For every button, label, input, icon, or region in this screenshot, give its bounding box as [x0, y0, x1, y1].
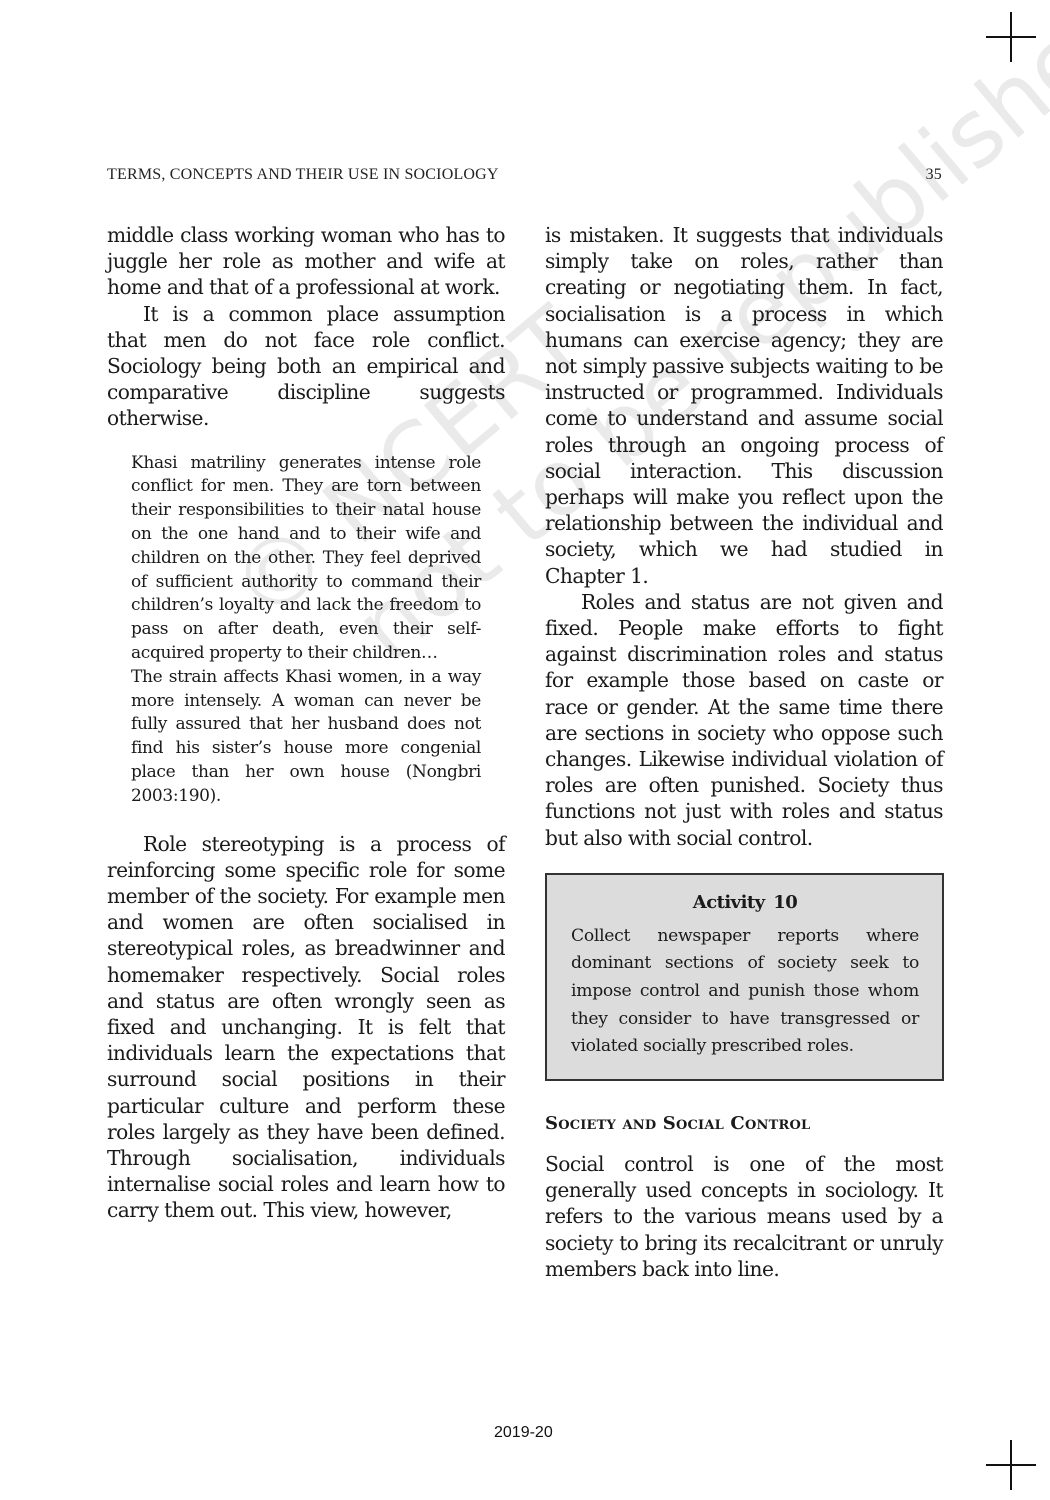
paragraph-role-stereotyping: Role stereotyping is a process of reinfo…	[107, 831, 505, 1224]
activity-body: Collect newspaper reports where dominant…	[571, 923, 919, 1061]
activity-box: Activity 10 Collect newspaper reports wh…	[545, 873, 944, 1081]
left-column: middle class working woman who has to ju…	[107, 222, 505, 1224]
quote-paragraph-2: The strain affects Khasi women, in a way…	[131, 666, 481, 809]
paragraph-role-conflict-men: It is a common place assumption that men…	[107, 301, 505, 432]
footer-year: 2019-20	[494, 1424, 553, 1442]
page-number: 35	[926, 166, 942, 184]
paragraph-social-control: Social control is one of the most genera…	[545, 1151, 943, 1282]
quote-paragraph-1: Khasi matriliny generates intense role c…	[131, 452, 481, 666]
paragraph-roles-not-fixed: Roles and status are not given and fixed…	[545, 589, 943, 851]
right-column: is mistaken. It suggests that individual…	[545, 222, 943, 1282]
running-head: TERMS, CONCEPTS AND THEIR USE IN SOCIOLO…	[107, 166, 942, 184]
chapter-title: TERMS, CONCEPTS AND THEIR USE IN SOCIOLO…	[107, 166, 499, 184]
paragraph-mistaken: is mistaken. It suggests that individual…	[545, 222, 943, 589]
section-heading: Society and Social Control	[545, 1111, 943, 1137]
crop-mark-bottom-right	[986, 1440, 1036, 1490]
khasi-quote: Khasi matriliny generates intense role c…	[131, 452, 481, 809]
paragraph-continued: middle class working woman who has to ju…	[107, 222, 505, 301]
activity-title: Activity 10	[571, 891, 919, 915]
crop-mark-top-right	[986, 12, 1036, 62]
